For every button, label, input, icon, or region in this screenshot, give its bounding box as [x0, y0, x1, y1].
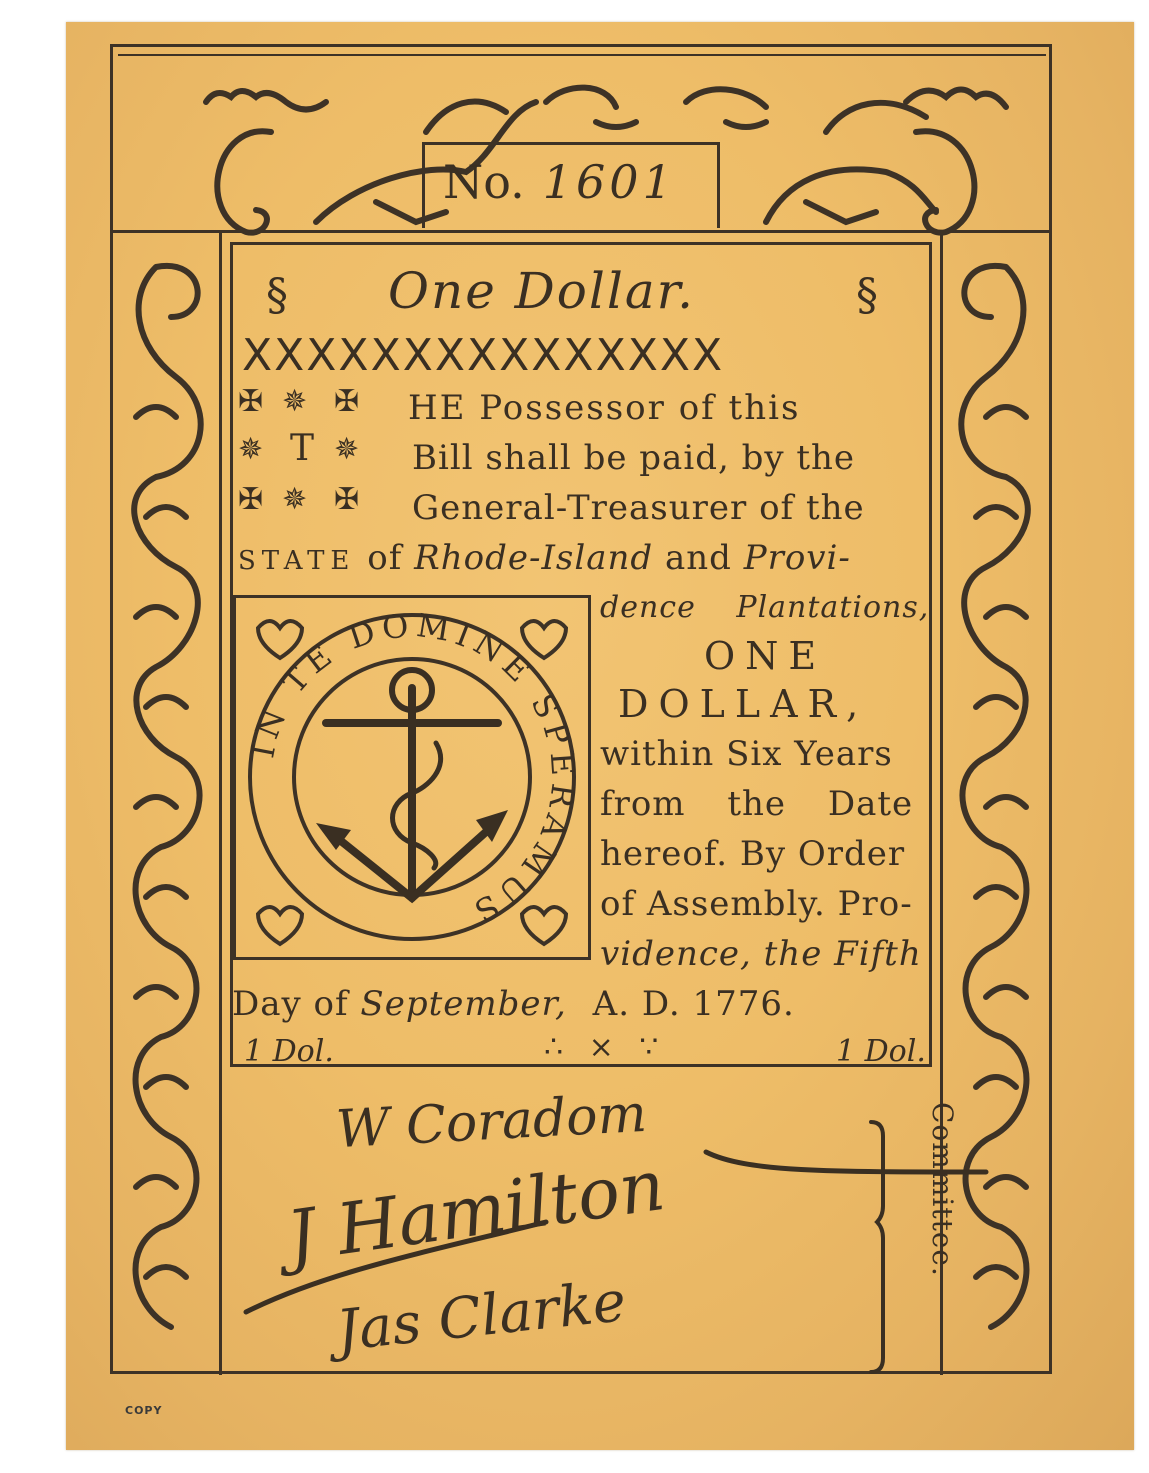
state-and: and: [665, 538, 732, 578]
drop-cap-letter: T: [290, 428, 314, 469]
x-border-row: XXXXXXXXXXXXXXX: [242, 330, 724, 381]
plantations-word: Plantations,: [736, 590, 929, 625]
signature-flourish-icon: [126, 1112, 1006, 1372]
place-providence-part2: dence: [600, 590, 696, 625]
corner-ornament-mid: ∴ × ∵: [544, 1030, 666, 1065]
date-line: Day of September, A. D. 1776.: [232, 984, 795, 1024]
date-day: Day of: [232, 984, 349, 1024]
body-line-3: General-Treasurer of the: [412, 488, 865, 528]
drop-cap-block: ✠ ✵ ✠ ✵ T ✵ ✠ ✵ ✠: [238, 384, 398, 534]
amount-dollar: DOLLAR,: [618, 682, 868, 726]
seal-box: IN TE DOMINE SPERAMUS: [233, 595, 591, 960]
serial-number-box: No.1601: [422, 142, 720, 228]
denomination-title: One Dollar.: [388, 262, 695, 320]
banknote-paper: No.1601 § One Dollar. § XXXXXXXXXXXXXXX …: [66, 22, 1134, 1450]
terms-line-2: from the Date: [600, 784, 913, 824]
amount-one: ONE: [704, 634, 826, 678]
plantations-line: dence Plantations,: [600, 590, 929, 625]
section-mark-right: §: [856, 270, 878, 321]
seal-emblem-icon: IN TE DOMINE SPERAMUS: [236, 598, 588, 957]
date-year: A. D. 1776.: [593, 984, 795, 1024]
place-rhode-island: Rhode-Island: [414, 538, 653, 578]
corner-denomination-right: 1 Dol.: [836, 1034, 926, 1069]
state-of: of: [367, 538, 402, 578]
copy-mark: COPY: [125, 1404, 162, 1417]
place-providence-part1: Provi-: [744, 538, 851, 578]
body-line-1: HE Possessor of this: [408, 388, 800, 428]
terms-line-4: of Assembly. Pro-: [600, 884, 913, 924]
committee-label: Committee.: [926, 1102, 959, 1277]
state-line: STATE of Rhode-Island and Provi-: [238, 538, 851, 578]
outer-frame-inner-rule: [118, 54, 1046, 62]
serial-number: 1601: [543, 155, 676, 209]
corner-denomination-left: 1 Dol.: [244, 1034, 334, 1069]
section-mark-left: §: [266, 270, 288, 321]
body-line-2: Bill shall be paid, by the: [412, 438, 855, 478]
terms-line-1: within Six Years: [600, 734, 893, 774]
serial-label: No.: [443, 155, 525, 209]
state-word: STATE: [238, 546, 355, 576]
terms-line-5: vidence, the Fifth: [600, 934, 922, 974]
date-month: September,: [360, 984, 566, 1024]
terms-line-3: hereof. By Order: [600, 834, 905, 874]
